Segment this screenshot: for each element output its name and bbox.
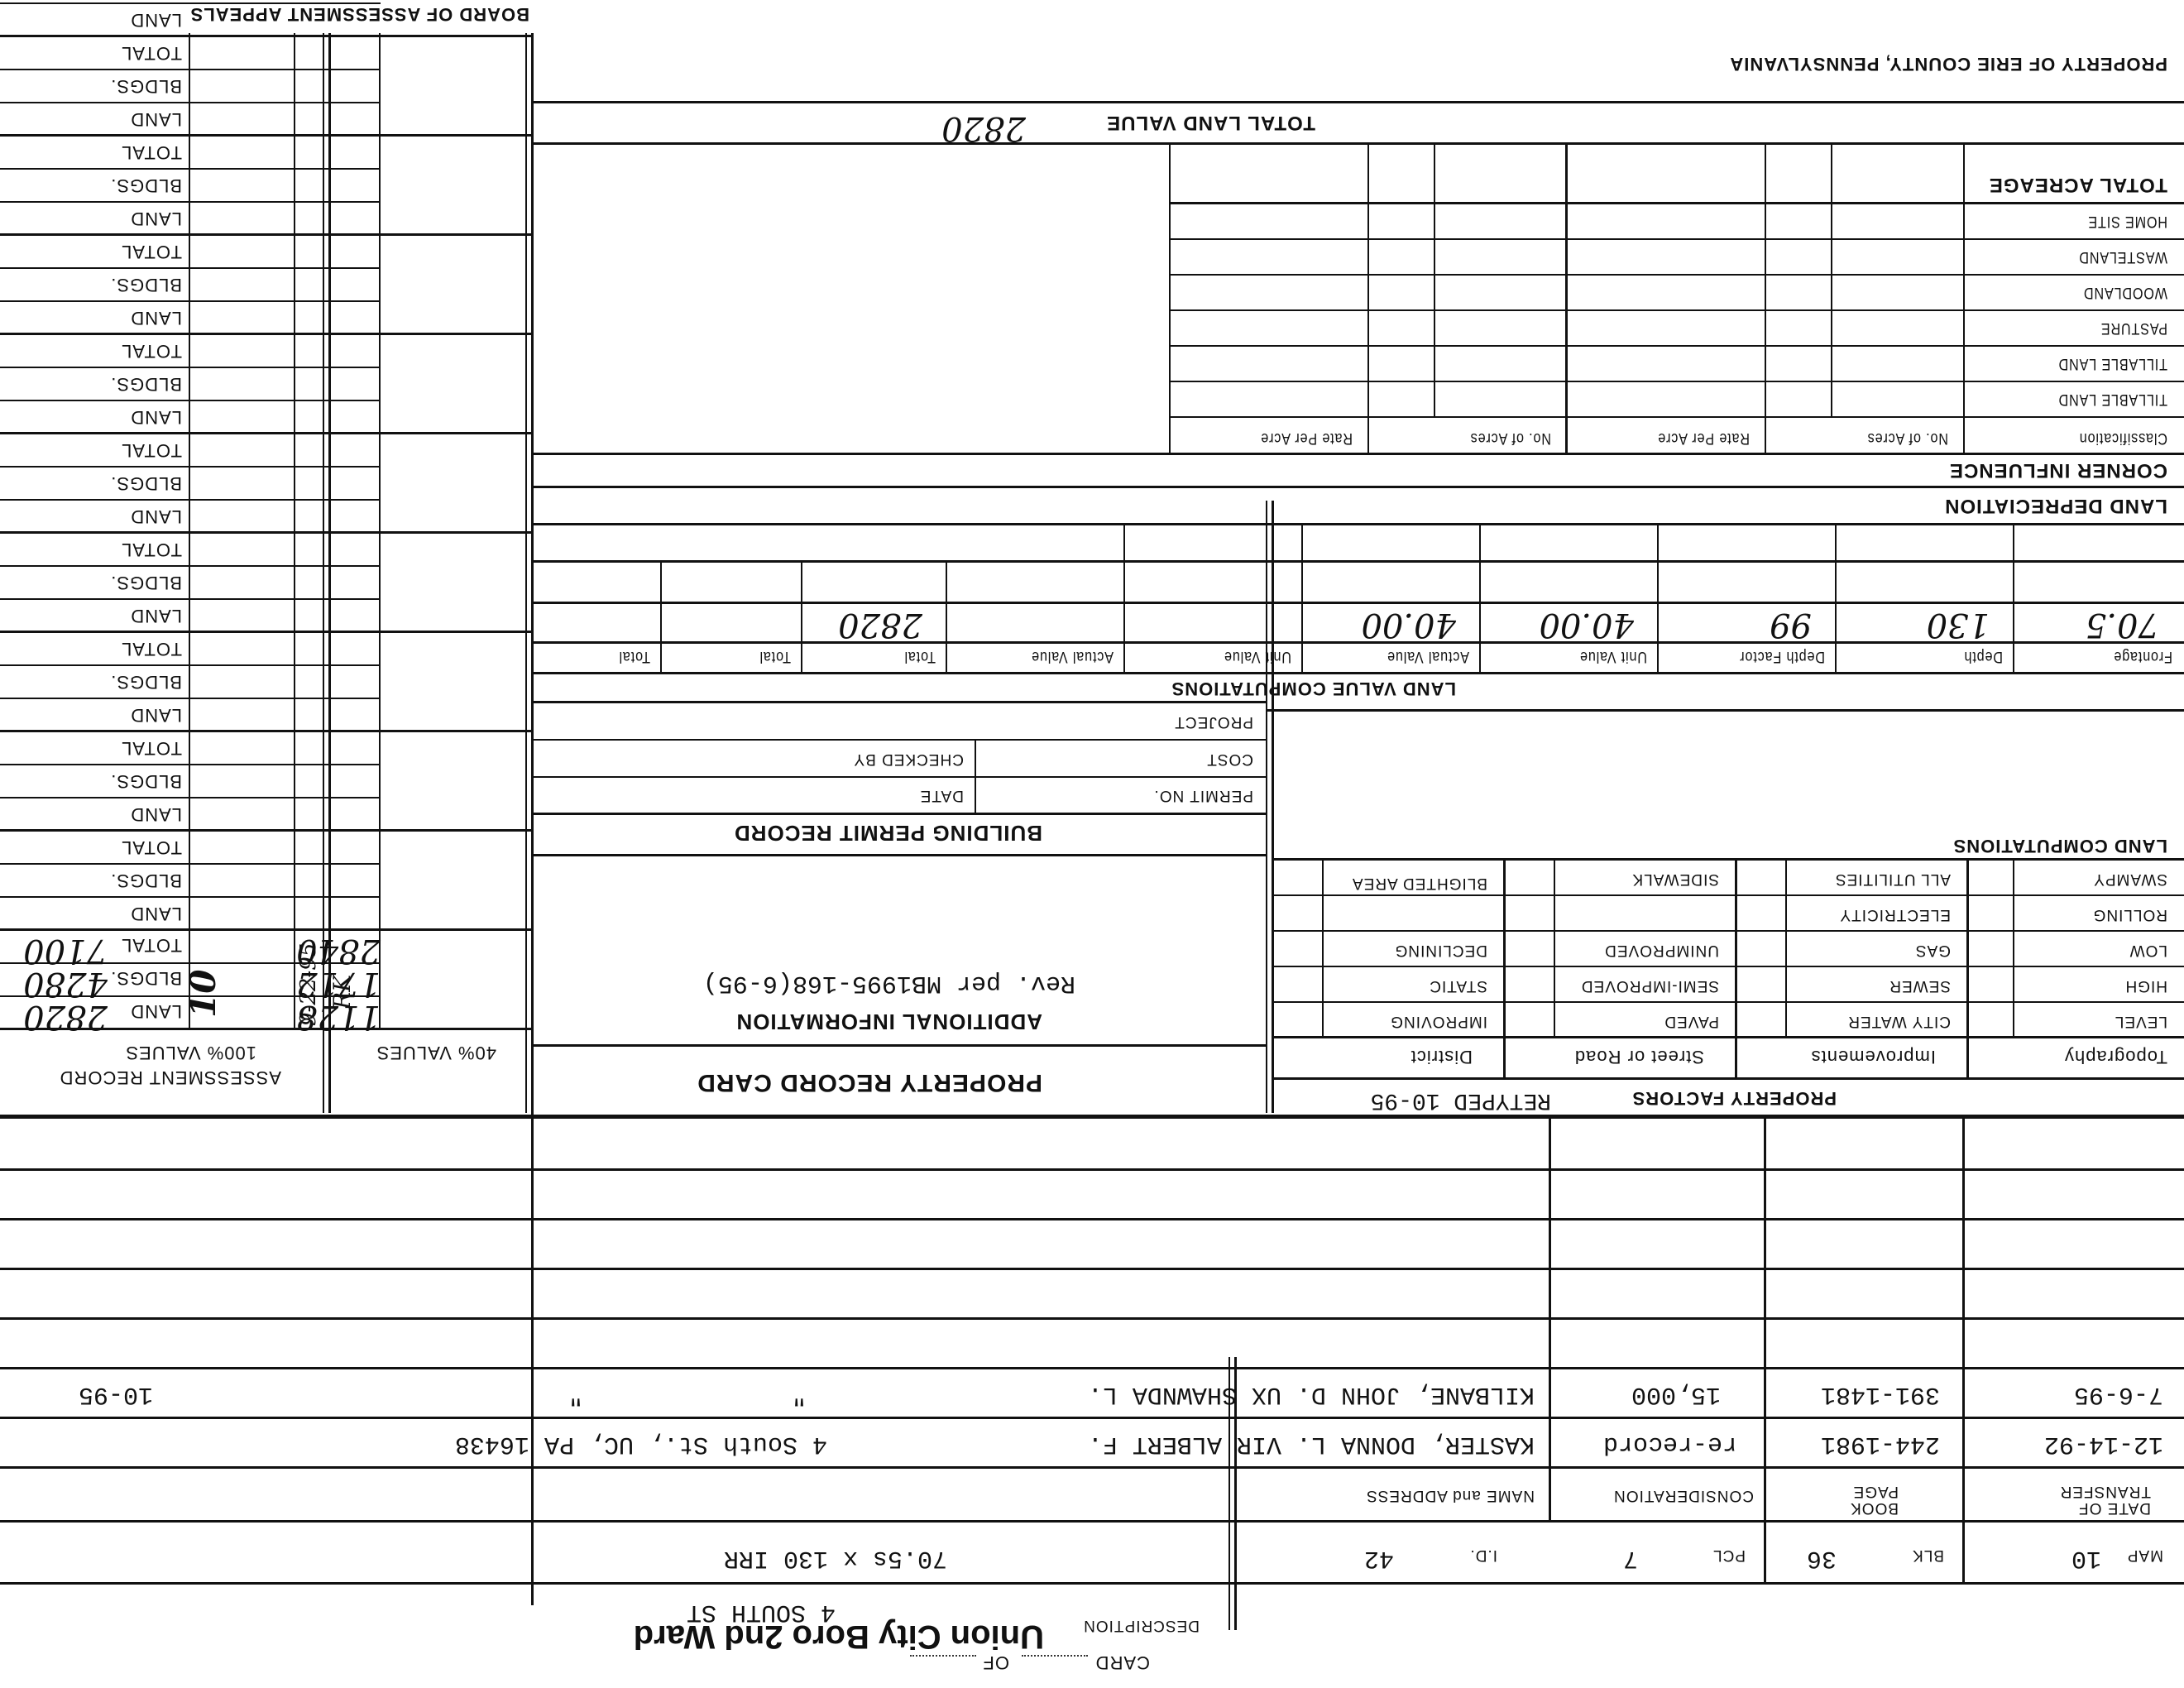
row-label-land: LAND (130, 704, 182, 726)
county-notice: PROPERTY OF ERIE COUNTY, PENNSYLVANIA (1729, 53, 2167, 74)
lvc-value: 40.00 (1539, 606, 1634, 644)
acreage-row-label: PASTURE (2100, 319, 2167, 337)
lvc-col-header: Unit Value (1224, 647, 1291, 665)
permit-row-rule (534, 739, 1266, 741)
row-label-total: TOTAL (121, 837, 182, 858)
imp-electricity: ELECTRICITY (1839, 905, 1951, 923)
lvc-col-divider (1301, 525, 1303, 674)
acreage-row-rule (1171, 381, 2184, 382)
row-label-bldgs: BLDGS. (110, 175, 182, 196)
row-label-bldgs: BLDGS. (110, 967, 182, 989)
property-record-card: Union City Boro 2nd Ward CARD OF DESCRIP… (0, 0, 2184, 1688)
acreage-col-header: No. of Acres (1867, 429, 1948, 447)
row-label-total: TOTAL (121, 241, 182, 262)
transfer-note: 10-95 (79, 1380, 153, 1408)
district-static: STATIC (1429, 976, 1487, 995)
row-label-land: LAND (130, 9, 182, 31)
consideration-header: CONSIDERATION (1613, 1486, 1754, 1504)
permit-bottom-rule (534, 701, 1266, 703)
lvc-value: 40.00 (1361, 606, 1456, 644)
street-unimproved: UNIMPROVED (1604, 941, 1719, 959)
card-number-field[interactable] (1022, 1655, 1088, 1657)
row-label-total: TOTAL (121, 141, 182, 163)
row-label-bldgs: BLDGS. (110, 770, 182, 792)
lvc-col-divider (946, 563, 947, 674)
value-100-bldgs: 4280 (23, 965, 108, 1003)
row-label-land: LAND (130, 605, 182, 626)
land-depreciation-label: LAND DEPRECIATION (1944, 494, 2167, 517)
assessment-group-rule (0, 432, 534, 434)
blk-pcl-divider (1764, 1523, 1766, 1585)
hand-mark: 10 (183, 970, 223, 1018)
permit-cost-label: COST (1206, 750, 1253, 768)
id-label: I.D. (1469, 1546, 1497, 1564)
corner-influence-label: CORNER INFLUENCE (1949, 458, 2167, 482)
lvc-value: 70.5 (2086, 606, 2159, 644)
lvc-col-divider (1123, 525, 1125, 674)
pf-divider (1735, 861, 1737, 1080)
description-address: 4 SOUTH ST (687, 1598, 836, 1626)
acreage-row-rule (1171, 274, 2184, 276)
hand-date: 9-22-95 (296, 943, 321, 1026)
row-label-bldgs: BLDGS. (110, 472, 182, 494)
transfer-name: KILBANE, JOHN D. UX SHAWNDA L. (1088, 1380, 1535, 1408)
pf-divider (1966, 861, 1969, 1080)
assessment-group-rule (0, 928, 534, 931)
transfer-consideration: re-record (1603, 1430, 1737, 1458)
transfer-date: 12-14-92 (2044, 1430, 2163, 1458)
permit-row-rule (534, 776, 1266, 778)
row-label-land: LAND (130, 1000, 182, 1022)
acreage-col-divider (1765, 145, 1766, 455)
address-ditto-2: " (568, 1380, 583, 1408)
assessment-row-rule (0, 102, 381, 103)
row-label-bldgs: BLDGS. (110, 75, 182, 97)
assessment-row-rule (0, 367, 381, 368)
assessment-group-rule (0, 35, 534, 37)
pf-header-rule (1274, 1036, 2184, 1038)
additional-info-title: ADDITIONAL INFORMATION (735, 1009, 1042, 1034)
pcl-label: PCL (1712, 1546, 1746, 1564)
assessment-row-rule (0, 896, 381, 898)
acreage-col-divider (1367, 145, 1369, 455)
assessment-row-rule (0, 962, 381, 964)
lvc-col-header: Actual Value (1031, 647, 1114, 665)
acreage-col-header: Rate Per Acre (1260, 429, 1353, 447)
acreage-sub-divider (1434, 145, 1435, 418)
row-label-bldgs: BLDGS. (110, 671, 182, 693)
row-label-land: LAND (130, 108, 182, 130)
lvc-value: 130 (1927, 606, 1990, 644)
transfer-col-divider-2 (1764, 1117, 1766, 1523)
assessment-left-border-inner (525, 33, 527, 1113)
lvc-col-divider (1835, 525, 1837, 674)
row-label-total: TOTAL (121, 42, 182, 64)
row-label-bldgs: BLDGS. (110, 373, 182, 395)
assessment-group-rule (0, 829, 534, 832)
row-label-total: TOTAL (121, 737, 182, 759)
permit-divider (975, 741, 976, 815)
transfer-book-page: 391-1481 (1821, 1380, 1940, 1408)
lvc-value: 2820 (838, 606, 922, 644)
lvc-col-header: Depth (1964, 647, 2003, 665)
permit-title-rule (534, 813, 1266, 815)
permit-date-label: DATE (920, 786, 964, 804)
assessment-row-rule (0, 797, 381, 798)
row-label-bldgs: BLDGS. (110, 274, 182, 295)
assessment-row-rule (0, 499, 381, 501)
permit-project-label: PROJECT (1174, 712, 1253, 731)
transfer-row-rule-6 (0, 1168, 2184, 1171)
value-100-total: 7100 (23, 932, 108, 970)
row-label-total: TOTAL (121, 539, 182, 560)
total-land-value-label: TOTAL LAND VALUE (1106, 111, 1315, 134)
record-card-title: PROPERTY RECORD CARD (697, 1068, 1042, 1096)
acreage-row-rule (1171, 309, 2184, 311)
transfer-book-page: 244-1981 (1821, 1430, 1940, 1458)
blk-value: 36 (1807, 1544, 1837, 1572)
total-acreage-label: TOTAL ACREAGE (1989, 173, 2167, 196)
permit-checked-by-label: CHECKED BY (853, 750, 964, 768)
pf-title-rule (1274, 1077, 2184, 1080)
topo-level: LEVEL (2115, 1012, 2167, 1030)
rev-note: Rev. per MB1995-168(6-95) (703, 969, 1075, 997)
assessment-group-rule (0, 333, 534, 335)
row-label-bldgs: BLDGS. (110, 572, 182, 593)
lvc-col-divider (2013, 525, 2014, 674)
acreage-col-header: No. of Acres (1470, 429, 1551, 447)
depreciation-top-rule (534, 523, 2184, 525)
pf-col-street: Street or Road (1574, 1046, 1704, 1067)
lvc-col-divider (1479, 525, 1481, 674)
assessment-row-rule (0, 201, 381, 203)
assessment-record-title: ASSESSMENT RECORD (60, 1067, 281, 1088)
acreage-col-header: Classification (2079, 429, 2167, 447)
pf-row-rule (1274, 930, 2184, 932)
land-computations-title: LAND COMPUTATIONS (1953, 835, 2167, 856)
board-notice: BOARD OF ASSESSMENT APPEALS (190, 3, 529, 25)
acreage-row-rule (1171, 416, 2184, 418)
acreage-col-divider (1963, 145, 1965, 455)
assessment-group-rule (0, 233, 534, 236)
pf-row-rule (1274, 1001, 2184, 1003)
row-label-total: TOTAL (121, 340, 182, 362)
pcl-value: 7 (1623, 1544, 1638, 1572)
imp-city-water: CITY WATER (1847, 1012, 1951, 1030)
assessment-row-rule (0, 995, 381, 997)
lvc-col-header: Total (904, 647, 936, 665)
pf-right-border-inner (1266, 501, 1267, 1113)
description-label: DESCRIPTION (1083, 1616, 1200, 1634)
corner-rule (534, 453, 2184, 455)
district-declining: DECLINING (1395, 941, 1487, 959)
lvc-col-header: Frontage (2114, 647, 2172, 665)
assessment-row-rule (0, 466, 381, 468)
imp-all-utilities: ALL UTILITIES (1835, 870, 1951, 888)
transfer-name: KASTER, DONNA L. VIR ALBERT F. (1088, 1430, 1535, 1458)
acreage-row-label: WOODLAND (2083, 283, 2167, 301)
card-label: CARD (1095, 1652, 1150, 1673)
name-address-header: NAME and ADDRESS (1366, 1486, 1535, 1504)
description-dimensions: 70.5s x 130 IRR (724, 1544, 947, 1572)
card-of-field[interactable] (910, 1655, 976, 1657)
row-label-land: LAND (130, 903, 182, 924)
acreage-total-rule (1171, 202, 2184, 204)
assessment-row-rule (0, 168, 381, 170)
lvc-col-header: Unit Value (1579, 647, 1647, 665)
additional-info-rule (534, 854, 1266, 856)
topo-low: LOW (2129, 941, 2167, 959)
assessment-group-rule (0, 531, 534, 534)
transfer-address: 4 South St., UC, PA 16438 (455, 1430, 827, 1458)
assessment-row-rule (0, 267, 381, 269)
hand-initials: RK (328, 975, 356, 1009)
row-label-bldgs: BLDGS. (110, 870, 182, 891)
assessment-row-rule (0, 300, 381, 302)
map-label: MAP (2127, 1546, 2163, 1564)
assessment-left-border (531, 33, 534, 1605)
lvc-header-rule (534, 641, 2184, 644)
transfer-header-rule (0, 1466, 2184, 1469)
pf-col-district: District (1410, 1046, 1473, 1067)
building-permit-title: BUILDING PERMIT RECORD (734, 820, 1042, 846)
transfer-row-rule-1 (0, 1417, 2184, 1419)
pf-row-rule (1274, 966, 2184, 967)
date-of-transfer-header: DATE OF TRANSFER (1994, 1483, 2151, 1516)
transfer-col-divider-3 (1549, 1117, 1551, 1523)
property-factors-title: PROPERTY FACTORS (1632, 1087, 1837, 1109)
acreage-row-label: TILLABLE LAND (2058, 390, 2167, 408)
lvc-row-rule (534, 602, 2184, 604)
lvc-col-divider (660, 563, 662, 674)
assessment-row-rule (0, 565, 381, 567)
assessment-row-rule (0, 863, 381, 865)
lvc-col-divider (1657, 525, 1659, 674)
pf-check-divider (2013, 861, 2014, 1038)
assessment-group-rule (0, 730, 534, 732)
transfer-consideration: 15,000 (1631, 1380, 1721, 1408)
values-100-title: 100% VALUES (125, 1042, 256, 1063)
transfer-row-rule-2 (0, 1367, 2184, 1369)
row-label-total: TOTAL (121, 638, 182, 659)
retyped-note: RETYPED 10-95 (1371, 1087, 1551, 1113)
row-label-land: LAND (130, 506, 182, 527)
acreage-row-label: TILLABLE LAND (2058, 354, 2167, 372)
topo-rolling: ROLLING (2093, 905, 2167, 923)
transfer-row-rule-3 (0, 1317, 2184, 1320)
pf-row-rule (1274, 894, 2184, 896)
row-label-land: LAND (130, 208, 182, 229)
row-label-land: LAND (130, 803, 182, 825)
row-label-total: TOTAL (121, 439, 182, 461)
street-semi-improved: SEMI-IMPROVED (1581, 976, 1719, 995)
street-sidewalk: SIDEWALK (1632, 870, 1720, 888)
pf-check-divider (1554, 861, 1555, 1038)
map-blk-divider (1962, 1523, 1965, 1585)
transfer-col-divider-1 (1962, 1117, 1965, 1523)
assessment-row-rule (0, 69, 381, 70)
lvc-col-header: Total (759, 647, 791, 665)
acreage-row-rule (1171, 345, 2184, 347)
value-100-land: 2820 (23, 998, 108, 1036)
card-of-label: OF (982, 1652, 1009, 1673)
pf-check-divider (1785, 861, 1787, 1038)
acreage-row-label: WASTELAND (2078, 247, 2167, 266)
lvc-title-rule (534, 672, 2184, 674)
land-value-computations-title: LAND VALUE COMPUTATIONS (1171, 678, 1456, 699)
topo-high: HIGH (2125, 976, 2168, 995)
district-blighted-area: BLIGHTED AREA (1352, 874, 1487, 892)
assessment-row-rule (0, 698, 381, 699)
pf-right-border (1272, 501, 1274, 1113)
lvc-value: 99 (1770, 606, 1812, 644)
imp-sewer: SEWER (1889, 976, 1951, 995)
total-land-value: 2820 (941, 109, 1026, 147)
acreage-sub-divider (1831, 145, 1832, 418)
values-40-title: 40% VALUES (376, 1042, 496, 1063)
pf-col-topography: Topography (2064, 1046, 2167, 1067)
lvc-top-rule (1266, 709, 2184, 712)
pf-divider (1503, 861, 1506, 1080)
street-paved: PAVED (1664, 1012, 1719, 1030)
assessment-group-rule (0, 134, 534, 137)
acreage-row-rule (1171, 238, 2184, 240)
transfer-row-rule-4 (0, 1268, 2184, 1270)
row-label-land: LAND (130, 307, 182, 328)
lvc-col-header: Actual Value (1387, 647, 1469, 665)
assessment-row-rule (0, 764, 381, 765)
record-card-rule (534, 1044, 1266, 1047)
book-page-header: BOOK PAGE (1832, 1483, 1899, 1516)
parcel-rule (0, 1520, 2184, 1523)
lvc-bottom-rule (534, 560, 2184, 563)
blk-label: BLK (1912, 1546, 1944, 1564)
district-improving: IMPROVING (1390, 1012, 1487, 1030)
map-value: 10 (2071, 1544, 2101, 1572)
assessment-row-rule (0, 400, 381, 401)
transfer-date: 7-6-95 (2074, 1380, 2163, 1408)
address-ditto-1: " (792, 1380, 807, 1408)
acreage-bottom-rule (534, 142, 2184, 145)
pf-col-improvements: Improvements (1811, 1046, 1936, 1067)
assessment-row-rule (0, 664, 381, 666)
lvc-col-divider (801, 563, 802, 674)
acreage-col-divider (1565, 145, 1568, 455)
row-label-total: TOTAL (121, 934, 182, 956)
acreage-col-header: Rate Per Acre (1657, 429, 1750, 447)
acreage-row-label: HOME SITE (2088, 212, 2167, 230)
transfer-row-rule-5 (0, 1218, 2184, 1220)
id-value: 42 (1364, 1544, 1394, 1572)
assessment-group-rule (0, 631, 534, 633)
assessment-row-rule (0, 598, 381, 600)
row-label-land: LAND (130, 406, 182, 428)
total-land-value-bottom-rule (534, 101, 2184, 103)
transfer-bottom-rule (0, 1115, 2184, 1119)
lvc-col-header: Total (619, 647, 650, 665)
acreage-col-divider (1169, 145, 1171, 455)
pf-bottom-rule (1274, 858, 2184, 861)
header-rule (0, 1582, 2184, 1585)
permit-no-label: PERMIT NO. (1154, 786, 1254, 804)
topo-swampy: SWAMPY (2093, 870, 2167, 888)
imp-gas: GAS (1915, 941, 1951, 959)
pf-check-divider (1322, 861, 1324, 1038)
lvc-col-header: Depth Factor (1739, 647, 1825, 665)
depreciation-rule (534, 486, 2184, 488)
